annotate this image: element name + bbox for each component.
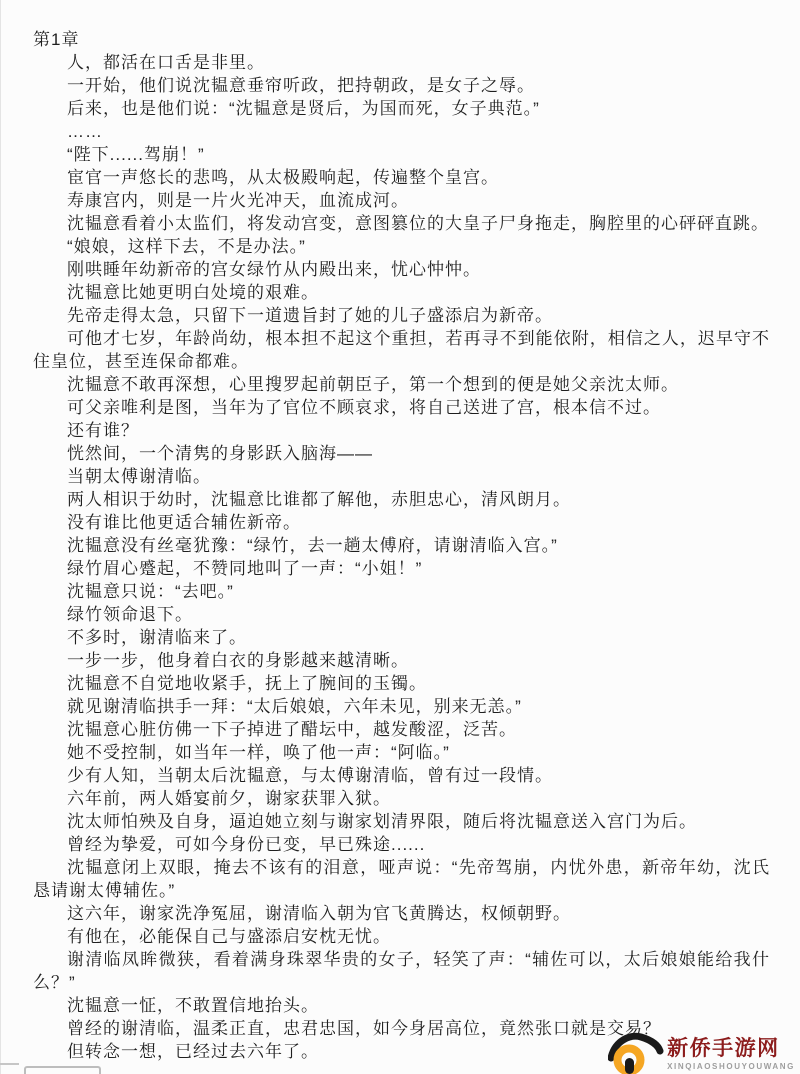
- novel-paragraph: 人，都活在口舌是非里。: [33, 51, 770, 74]
- chapter-title: 第1章: [33, 28, 770, 51]
- novel-paragraph: 绿竹眉心蹙起，不赞同地叫了一声：“小姐！”: [33, 557, 770, 580]
- novel-paragraph: 一步一步，他身着白衣的身影越来越清晰。: [33, 649, 770, 672]
- novel-paragraph: 沈韫意不敢再深想，心里搜罗起前朝臣子，第一个想到的便是她父亲沈太师。: [33, 373, 770, 396]
- novel-paragraph: 她不受控制，如当年一样，唤了他一声：“阿临。”: [33, 741, 770, 764]
- novel-paragraph: 还有谁？: [33, 419, 770, 442]
- novel-paragraph: 沈韫意心脏仿佛一下子掉进了醋坛中，越发酸涩，泛苦。: [33, 718, 770, 741]
- novel-paragraph: 沈韫意比她更明白处境的艰难。: [33, 281, 770, 304]
- novel-paragraph: 少有人知，当朝太后沈韫意，与太傅谢清临，曾有过一段情。: [33, 764, 770, 787]
- novel-paragraph: 沈太师怕殃及自身，逼迫她立刻与谢家划清界限，随后将沈韫意送入宫门为后。: [33, 810, 770, 833]
- novel-paragraph: “陛下......驾崩！”: [33, 143, 770, 166]
- novel-paragraph: 没有谁比他更适合辅佐新帝。: [33, 511, 770, 534]
- novel-paragraph: 寿康宫内，则是一片火光冲天，血流成河。: [33, 189, 770, 212]
- novel-paragraph: 谢清临凤眸微狭，看着满身珠翠华贵的女子，轻笑了声：“辅佐可以，太后娘娘能给我什么…: [33, 948, 770, 994]
- page-left-edge-line: [0, 0, 1, 1074]
- novel-paragraph: 有他在，必能保自己与盛添启安枕无忧。: [33, 925, 770, 948]
- partial-element-box: [24, 1066, 101, 1074]
- novel-paragraph: “娘娘，这样下去，不是办法。”: [33, 235, 770, 258]
- chapter-content: 第1章 人，都活在口舌是非里。 一开始，他们说沈韫意垂帘听政，把持朝政，是女子之…: [33, 28, 770, 1063]
- novel-paragraph: 当朝太傅谢清临。: [33, 465, 770, 488]
- novel-paragraph: 沈韫意没有丝毫犹豫：“绿竹，去一趟太傅府，请谢清临入宫。”: [33, 534, 770, 557]
- novel-paragraph: 绿竹领命退下。: [33, 603, 770, 626]
- novel-paragraph: 恍然间，一个清隽的身影跃入脑海——: [33, 442, 770, 465]
- novel-paragraph: 六年前，两人婚宴前夕，谢家获罪入狱。: [33, 787, 770, 810]
- novel-paragraph: 两人相识于幼时，沈韫意比谁都了解他，赤胆忠心，清风朗月。: [33, 488, 770, 511]
- novel-paragraph: 沈韫意闭上双眼，掩去不该有的泪意，哑声说：“先帝驾崩，内忧外患，新帝年幼，沈氏恳…: [33, 856, 770, 902]
- partial-element-line: [0, 1063, 19, 1065]
- novel-paragraph: 这六年，谢家洗净冤屈，谢清临入朝为官飞黄腾达，权倾朝野。: [33, 902, 770, 925]
- novel-paragraph: 先帝走得太急，只留下一道遗旨封了她的儿子盛添启为新帝。: [33, 304, 770, 327]
- site-name: 新侨手游网: [667, 1037, 780, 1061]
- novel-paragraph: 就见谢清临拱手一拜：“太后娘娘，六年未见，别来无恙。”: [33, 695, 770, 718]
- novel-paragraph: 宦官一声悠长的悲鸣，从太极殿响起，传遍整个皇宫。: [33, 166, 770, 189]
- site-name-latin: XINQIAOSHOUYOUWANG: [667, 1062, 795, 1071]
- novel-paragraph: 沈韫意不自觉地收紧手，抚上了腕间的玉镯。: [33, 672, 770, 695]
- novel-paragraph: 可父亲唯利是图，当年为了官位不顾哀求，将自己送进了宫，根本信不过。: [33, 396, 770, 419]
- novel-paragraph: 沈韫意看着小太监们，将发动宫变，意图篡位的大皇子尸身拖走，胸腔里的心砰砰直跳。: [33, 212, 770, 235]
- novel-paragraph: 后来，也是他们说：“沈韫意是贤后，为国而死，女子典范。”: [33, 97, 770, 120]
- novel-paragraph: 刚哄睡年幼新帝的宫女绿竹从内殿出来，忧心忡忡。: [33, 258, 770, 281]
- novel-paragraph: 沈韫意一怔，不敢置信地抬头。: [33, 994, 770, 1017]
- novel-reader-page: 第1章 人，都活在口舌是非里。 一开始，他们说沈韫意垂帘听政，把持朝政，是女子之…: [0, 0, 800, 1074]
- novel-paragraph: 不多时，谢清临来了。: [33, 626, 770, 649]
- site-watermark: 新侨手游网 XINQIAOSHOUYOUWANG: [608, 1032, 795, 1074]
- novel-paragraph: 曾经为挚爱，可如今身份已变，早已殊途......: [33, 833, 770, 856]
- novel-paragraph: ……: [33, 120, 770, 143]
- house-logo-icon: [608, 1032, 664, 1074]
- novel-paragraph: 可他才七岁，年龄尚幼，根本担不起这个重担，若再寻不到能依附，相信之人，迟早守不住…: [33, 327, 770, 373]
- novel-paragraph: 沈韫意只说：“去吧。”: [33, 580, 770, 603]
- chapter-body: 人，都活在口舌是非里。 一开始，他们说沈韫意垂帘听政，把持朝政，是女子之辱。 后…: [33, 51, 770, 1063]
- watermark-text: 新侨手游网 XINQIAOSHOUYOUWANG: [667, 1037, 795, 1074]
- novel-paragraph: 一开始，他们说沈韫意垂帘听政，把持朝政，是女子之辱。: [33, 74, 770, 97]
